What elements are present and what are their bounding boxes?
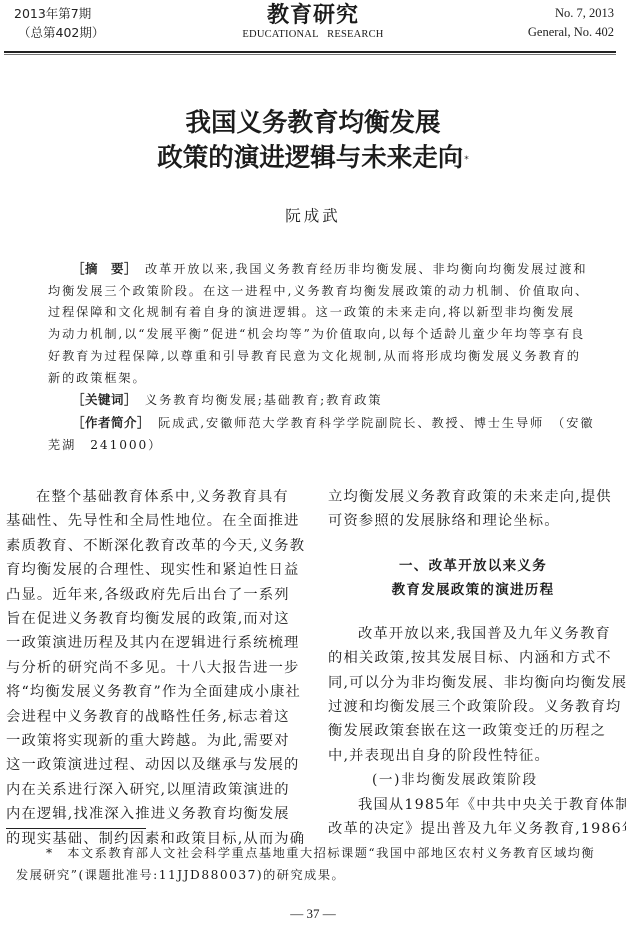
- abstract-line: 过程保障和文化规制有着自身的演进逻辑。这一政策的未来走向,将以新型非均衡发展: [48, 302, 580, 324]
- body-line: 与分析的研究尚不多见。十八大报告进一步: [6, 656, 296, 680]
- footnote: * 本文系教育部人文社会科学重点基地重大招标课题“我国中部地区农村义务教育区域均…: [16, 842, 616, 886]
- body-line: 同,可以分为非均衡发展、非均衡向均衡发展: [328, 671, 618, 695]
- author-intro-line: 芜湖 241000）: [48, 435, 580, 457]
- body-column-left: 在整个基础教育体系中,义务教育具有 基础性、先导性和全局性地位。在全面推进 素质…: [6, 485, 296, 851]
- keywords-label: ［关键词］: [72, 392, 137, 407]
- body-line: 将“均衡发展义务教育”作为全面建成小康社: [6, 680, 296, 704]
- abstract-line: 均衡发展三个政策阶段。在这一进程中,义务教育均衡发展政策的动力机制、价值取向、: [48, 281, 580, 303]
- body-line: 基础性、先导性和全局性地位。在全面推进: [6, 509, 296, 533]
- footnote-line: * 本文系教育部人文社会科学重点基地重大招标课题“我国中部地区农村义务教育区域均…: [16, 842, 616, 864]
- title-footnote-mark: *: [464, 155, 469, 165]
- body-line: 一政策将实现新的重大跨越。为此,需要对: [6, 729, 296, 753]
- author-intro-label: ［作者简介］: [72, 415, 150, 430]
- body-line: 中,并表现出自身的阶段性特征。: [328, 744, 618, 768]
- article-author: 阮成武: [0, 204, 626, 226]
- spacer: [328, 602, 618, 622]
- issue-number-en: No. 7, 2013: [528, 4, 614, 23]
- body-line: 会进程中义务教育的战略性任务,标志着这: [6, 705, 296, 729]
- keywords-line: ［关键词］义务教育均衡发展;基础教育;教育政策: [48, 389, 580, 412]
- body-line: 衡发展政策套嵌在这一政策变迁的历程之: [328, 719, 618, 743]
- abstract-block: ［摘 要］改革开放以来,我国义务教育经历非均衡发展、非均衡向均衡发展过渡和 均衡…: [48, 258, 580, 456]
- body-line: 立均衡发展义务教育政策的未来走向,提供: [328, 485, 618, 509]
- header-rule-thin: [4, 54, 616, 55]
- body-line: 可资参照的发展脉络和理论坐标。: [328, 509, 618, 533]
- spacer: [328, 534, 618, 554]
- section-heading: 一、改革开放以来义务: [328, 554, 618, 578]
- body-line: 凸显。近年来,各级政府先后出台了一系列: [6, 583, 296, 607]
- abstract-line: 好教育为过程保障,以尊重和引导教育民意为文化规制,从而将形成均衡发展义务教育的: [48, 346, 580, 368]
- body-line: 这一政策演进过程、动因以及继承与发展的: [6, 753, 296, 777]
- header-rule-thick: [4, 51, 616, 53]
- body-line: 在整个基础教育体系中,义务教育具有: [6, 485, 296, 509]
- author-intro-text: 阮成武,安徽师范大学教育科学学院副院长、教授、博士生导师 （安徽: [158, 416, 594, 430]
- article-title-line1: 我国义务教育均衡发展: [0, 106, 626, 140]
- title-text: 政策的演进逻辑与未来走向: [157, 143, 463, 173]
- abstract-line: 新的政策框架。: [48, 368, 580, 390]
- body-line: 我国从1985年《中共中央关于教育体制: [328, 793, 618, 817]
- footnote-rule: [6, 828, 146, 829]
- body-line: 育均衡发展的合理性、现实性和紧迫性日益: [6, 558, 296, 582]
- keywords-text: 义务教育均衡发展;基础教育;教育政策: [145, 393, 382, 407]
- footnote-line: 发展研究”(课题批准号:11JJD880037)的研究成果。: [16, 864, 616, 886]
- body-line: 的相关政策,按其发展目标、内涵和方式不: [328, 646, 618, 670]
- body-line: 改革的决定》提出普及九年义务教育,1986年: [328, 817, 618, 841]
- subsection-heading: (一)非均衡发展政策阶段: [328, 768, 618, 792]
- general-number-en: General, No. 402: [528, 23, 614, 42]
- body-line: 内在关系进行深入研究,以厘清政策演进的: [6, 778, 296, 802]
- author-intro-line: ［作者简介］阮成武,安徽师范大学教育科学学院副院长、教授、博士生导师 （安徽: [48, 412, 580, 435]
- body-line: 旨在促进义务教育均衡发展的政策,而对这: [6, 607, 296, 631]
- body-line: 内在逻辑,找准深入推进义务教育均衡发展: [6, 802, 296, 826]
- abstract-line: 为动力机制,以“发展平衡”促进“机会均等”为价值取向,以每个适龄儿童少年均等享有…: [48, 324, 580, 346]
- body-line: 过渡和均衡发展三个政策阶段。义务教育均: [328, 695, 618, 719]
- abstract-label: ［摘 要］: [72, 261, 137, 276]
- article-title-line2: 政策的演进逻辑与未来走向*: [0, 141, 626, 175]
- body-line: 素质教育、不断深化教育改革的今天,义务教: [6, 534, 296, 558]
- body-line: 改革开放以来,我国普及九年义务教育: [328, 622, 618, 646]
- abstract-text: 改革开放以来,我国义务教育经历非均衡发展、非均衡向均衡发展过渡和: [145, 262, 588, 276]
- page-number: — 37 —: [0, 906, 626, 922]
- section-heading: 教育发展政策的演进历程: [328, 578, 618, 602]
- body-line: 一政策演进历程及其内在逻辑进行系统梳理: [6, 631, 296, 655]
- body-column-right: 立均衡发展义务教育政策的未来走向,提供 可资参照的发展脉络和理论坐标。 一、改革…: [328, 485, 618, 841]
- issue-info-en: No. 7, 2013 General, No. 402: [528, 4, 614, 42]
- abstract-line: ［摘 要］改革开放以来,我国义务教育经历非均衡发展、非均衡向均衡发展过渡和: [48, 258, 580, 281]
